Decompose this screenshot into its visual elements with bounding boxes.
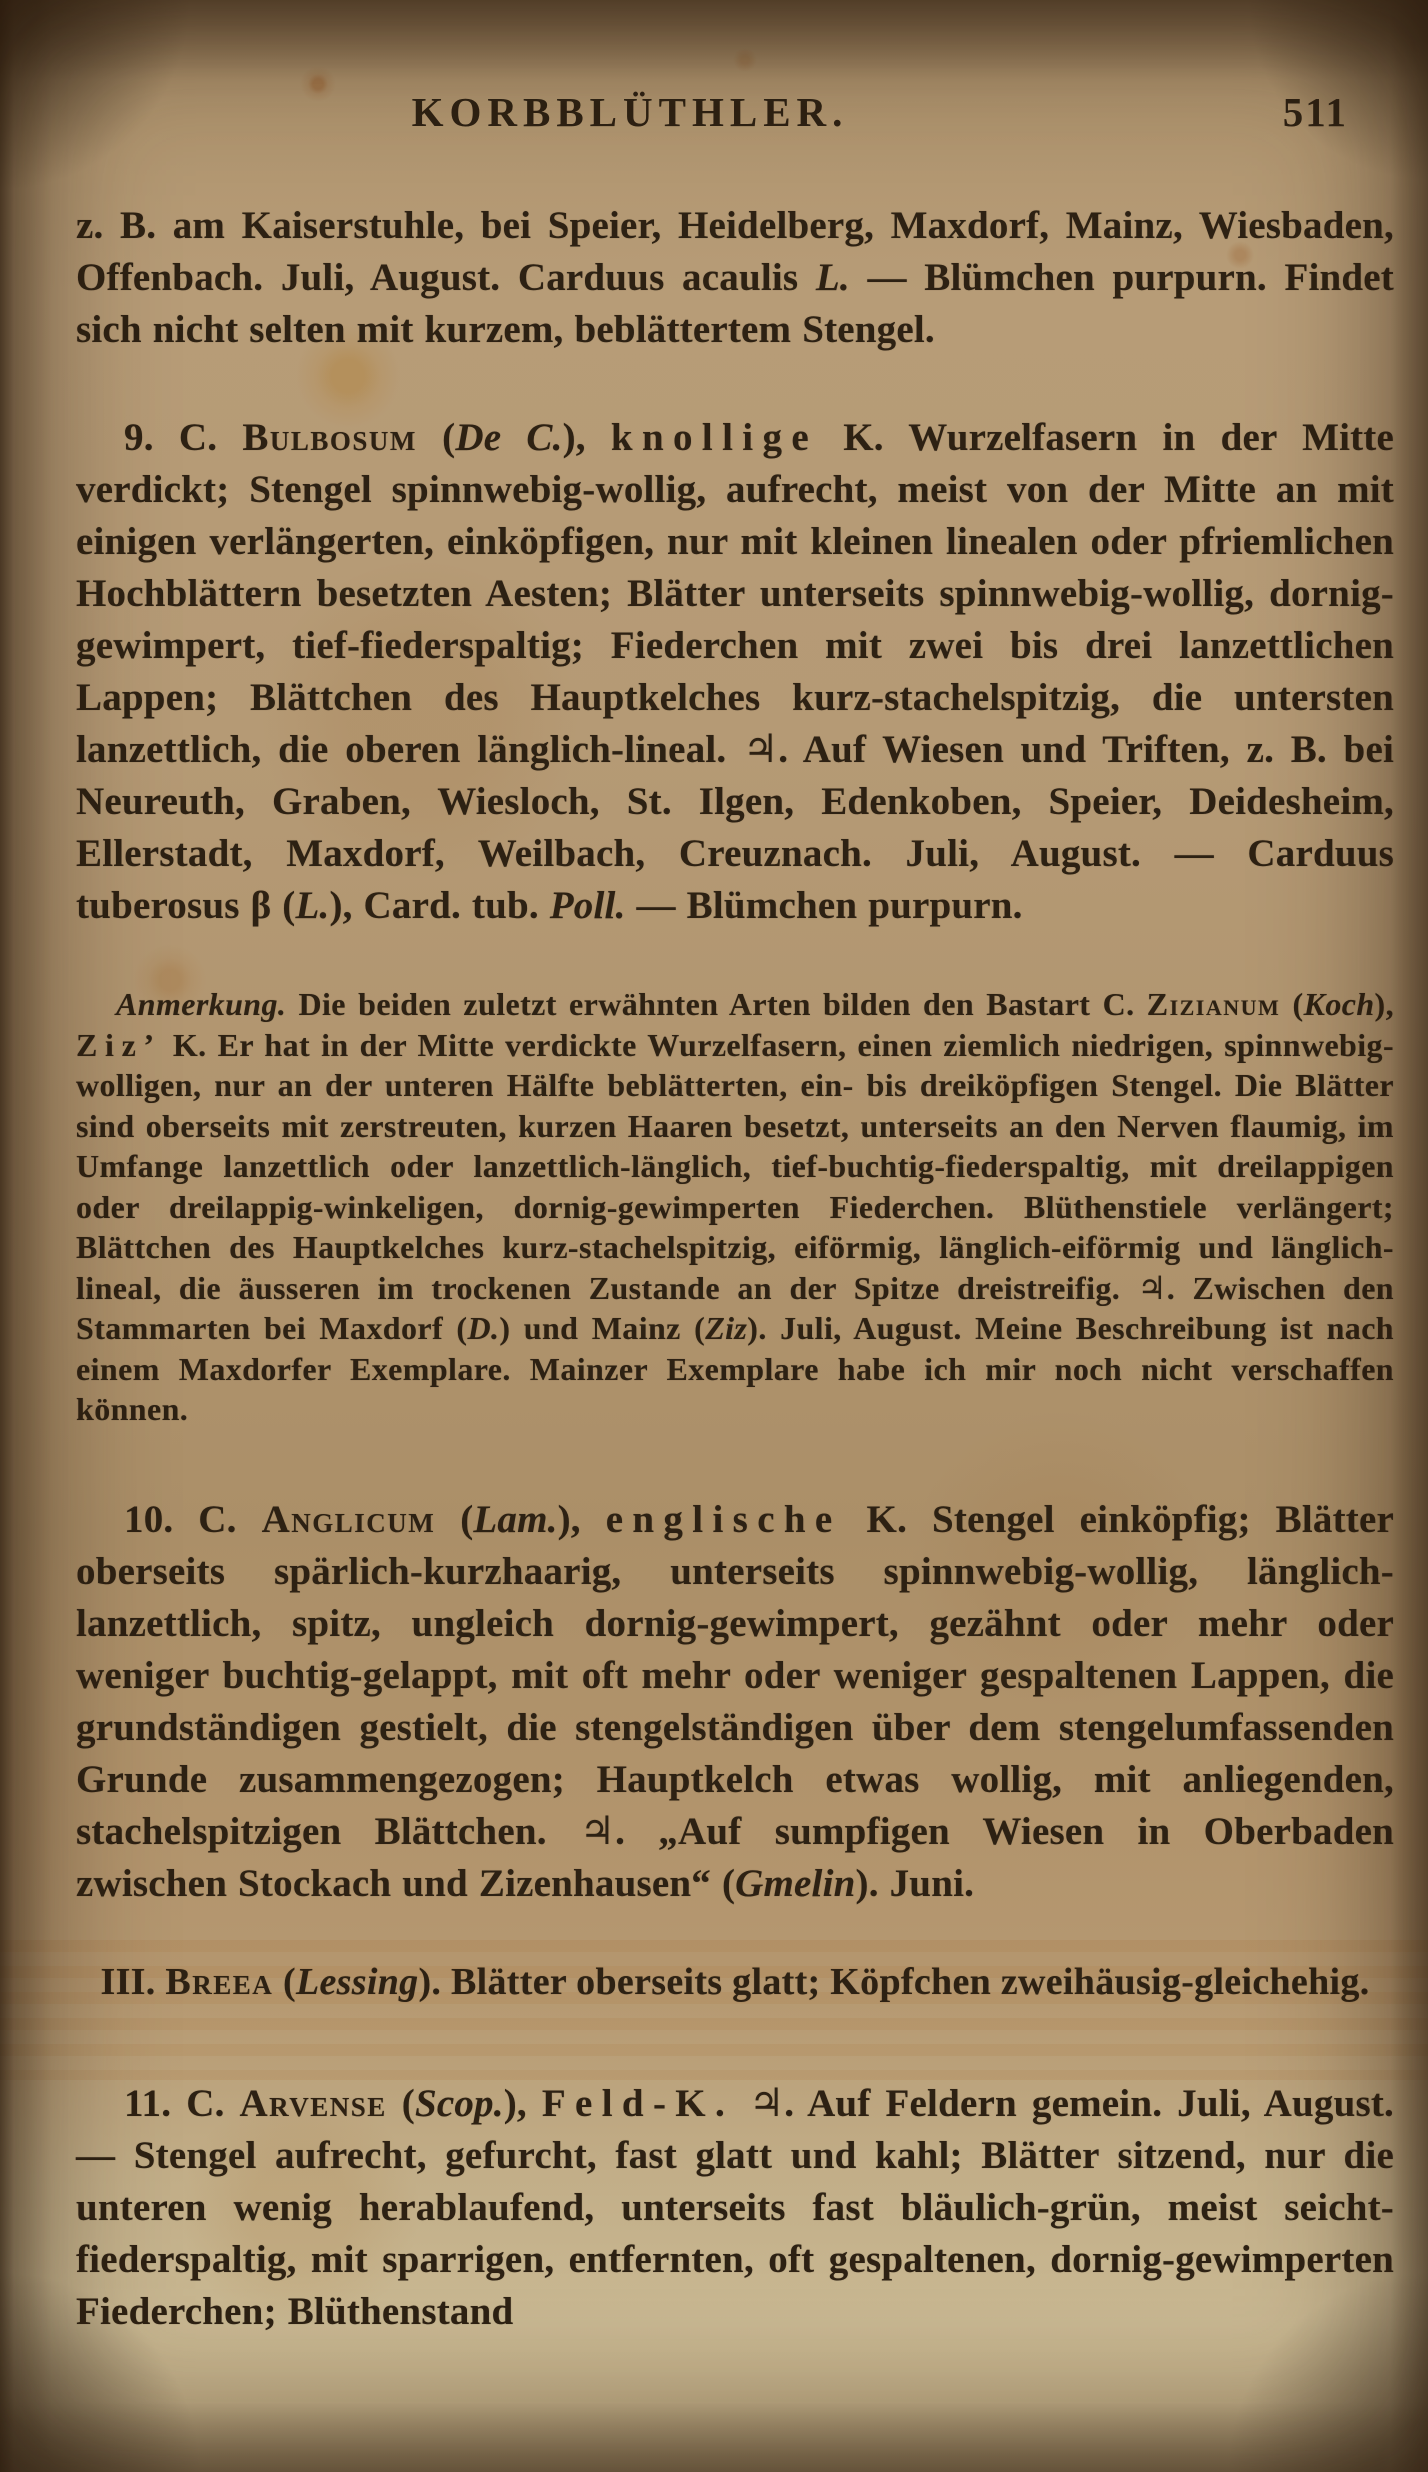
paragraph-species-9-segment: knollige	[611, 416, 818, 459]
paragraph-species-10-segment: Gmelin	[735, 1862, 855, 1905]
paragraph-species-9-segment: — Blümchen purpurn.	[626, 884, 1023, 927]
paragraph-species-9-segment: K. Wurzelfasern in der Mitte verdickt; S…	[76, 416, 1394, 927]
paragraph-section-breea-segment: III.	[100, 1961, 165, 2003]
paragraph-species-10-segment: K. Stengel einköpfig; Blätter oberseits …	[76, 1498, 1394, 1905]
paragraph-species-11-segment: Feld-K.	[542, 2082, 734, 2125]
page-text: KORBBLÜTHLER. 511 z. B. am Kaiserstuhle,…	[76, 0, 1394, 2472]
paragraph-species-10-segment: ),	[558, 1498, 606, 1541]
paragraph-species-11: 11. C. Arvense (Scop.), Feld-K. ♃. Auf F…	[76, 2078, 1394, 2338]
paragraph-species-9: 9. C. Bulbosum (De C.), knollige K. Wurz…	[76, 412, 1394, 932]
book-page-scan: KORBBLÜTHLER. 511 z. B. am Kaiserstuhle,…	[0, 0, 1428, 2472]
paragraph-anmerkung-segment: Die beiden zuletzt erwähnten Arten bilde…	[286, 986, 1146, 1022]
paragraph-species-9-segment: (	[417, 416, 455, 459]
paragraph-species-10-segment: (	[435, 1498, 473, 1541]
paragraph-section-breea-segment: (	[273, 1961, 296, 2003]
paragraph-anmerkung-segment: Zizianum	[1147, 986, 1281, 1022]
paragraph-anmerkung-segment: Anmerkung.	[116, 986, 286, 1022]
paragraph-species-9-segment: ), Card. tub.	[329, 884, 549, 927]
paragraph-species-10: 10. C. Anglicum (Lam.), englische K. Ste…	[76, 1494, 1394, 1910]
paragraph-species-11-segment: Arvense	[240, 2082, 387, 2125]
paragraph-anmerkung-segment: Ziz	[705, 1310, 747, 1346]
paragraph-anmerkung-segment: K. Er hat in der Mitte verdickte Wurzelf…	[76, 1027, 1394, 1347]
paragraph-species-10-segment: 10. C.	[124, 1498, 262, 1541]
paragraph-species-9-segment: Bulbosum	[242, 416, 417, 459]
paragraph-anmerkung-segment: Ziz’	[76, 1027, 162, 1063]
paragraph-species-11-segment: (	[387, 2082, 415, 2125]
paragraph-species-10-segment: Lam.	[473, 1498, 557, 1541]
page-number: 511	[1283, 88, 1348, 136]
paragraph-section-breea: III. Breea (Lessing). Blätter oberseits …	[96, 1957, 1374, 2007]
paragraph-anmerkung-segment: (	[1280, 986, 1303, 1022]
paragraph-section-breea-segment: Lessing	[296, 1961, 418, 2003]
paragraph-species-9-segment: De C.	[455, 416, 562, 459]
running-header: KORBBLÜTHLER. 511	[76, 88, 1394, 138]
paragraph-species-9-segment: ),	[563, 416, 611, 459]
paragraph-species-9-segment: Poll.	[550, 884, 626, 927]
paragraph-anmerkung: Anmerkung. Die beiden zuletzt erwähnten …	[76, 984, 1394, 1430]
paragraph-species-10-segment: englische	[606, 1498, 842, 1541]
paragraph-species-11-segment: ),	[504, 2082, 542, 2125]
paragraph-species-9-segment: 9. C.	[124, 416, 242, 459]
paragraph-species-11-segment: 11. C.	[124, 2082, 240, 2125]
paragraph-species-9-segment: L.	[295, 884, 329, 927]
paragraph-intro-continuation: z. B. am Kaiserstuhle, bei Speier, Heide…	[76, 200, 1394, 356]
paragraph-species-11-segment: Scop.	[415, 2082, 504, 2125]
paragraph-anmerkung-segment: D.	[467, 1310, 499, 1346]
paragraph-anmerkung-segment: ) und Mainz (	[499, 1310, 705, 1346]
paragraph-section-breea-segment: ). Blätter oberseits glatt; Köpfchen zwe…	[418, 1961, 1369, 2003]
running-header-title: KORBBLÜTHLER.	[412, 88, 849, 136]
paragraph-intro-continuation-segment: L.	[816, 256, 850, 299]
paragraph-anmerkung-segment: Koch	[1304, 986, 1375, 1022]
paragraph-anmerkung-segment: ),	[1375, 986, 1394, 1022]
paragraph-section-breea-segment: Breea	[165, 1961, 273, 2003]
paragraph-species-10-segment: Anglicum	[262, 1498, 436, 1541]
paragraph-species-10-segment: ). Juni.	[856, 1862, 975, 1905]
